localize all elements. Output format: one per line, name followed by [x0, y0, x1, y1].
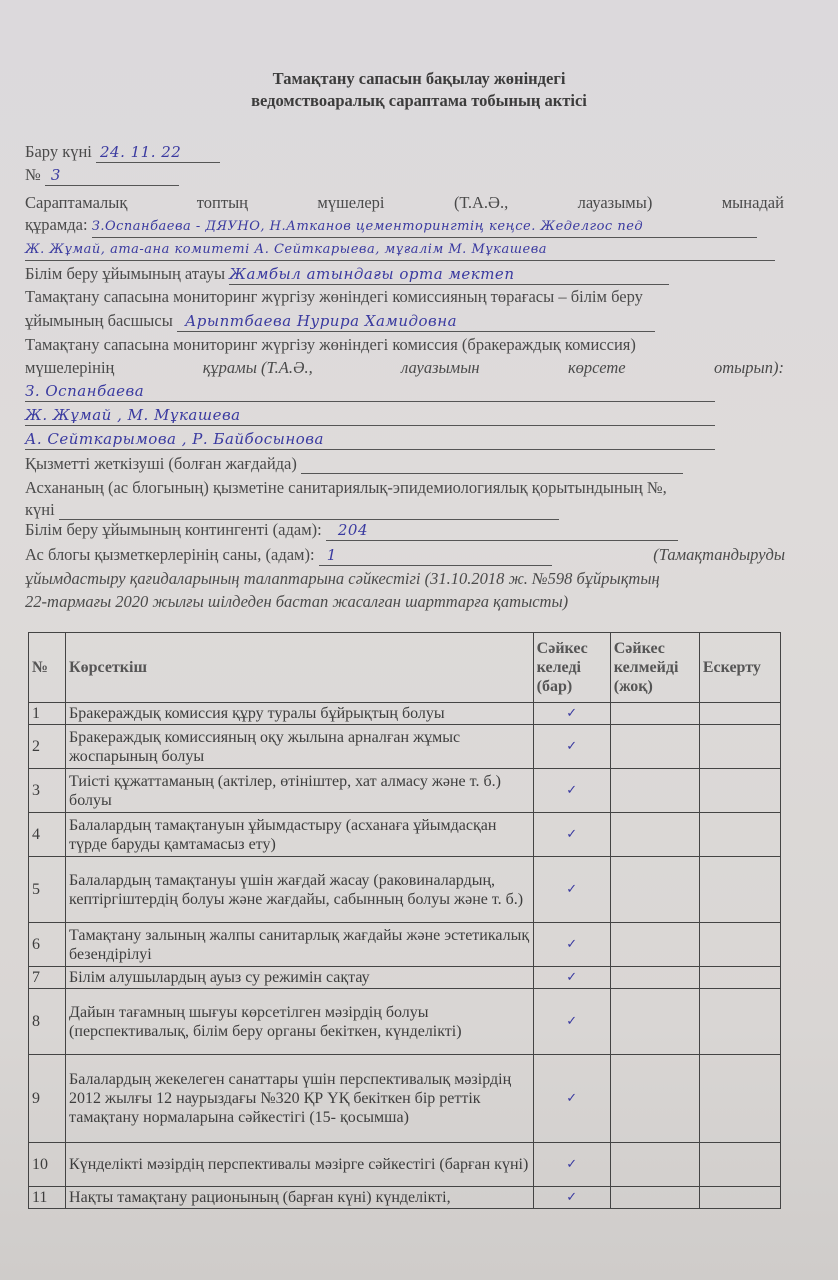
- row-number: 2: [29, 725, 66, 769]
- check-mark-icon: ✓: [566, 1157, 577, 1172]
- compliant-cell[interactable]: ✓: [533, 1187, 610, 1209]
- sanitary-label-line-1: Асхананың (ас блогының) қызметіне санита…: [25, 478, 667, 498]
- note-cell[interactable]: [699, 1143, 780, 1187]
- table-row: 4Балалардың тамақтануын ұйымдастыру (асх…: [29, 813, 781, 857]
- members-label-word: мүшелері: [317, 193, 384, 213]
- supplier-field[interactable]: [301, 455, 683, 474]
- commission-member-row: Ж. Жұмай , М. Мұкашева: [25, 405, 715, 426]
- row-indicator: Нақты тамақтану рационының (барған күні)…: [66, 1187, 534, 1209]
- supplier-row: Қызметті жеткізуші (болған жағдайда): [25, 454, 683, 474]
- number-row: № 3: [25, 165, 179, 186]
- row-number: 7: [29, 967, 66, 989]
- compliant-cell[interactable]: ✓: [533, 1055, 610, 1143]
- members-row-1: құрамда: З.Оспанбаева - ДЯУНО, Н.Атканов…: [25, 215, 757, 238]
- table-row: 7Білім алушылардың ауыз су режимін сақта…: [29, 967, 781, 989]
- commission-member-field[interactable]: Ж. Жұмай , М. Мұкашева: [25, 405, 715, 426]
- table-row: 1Бракераждық комиссия құру туралы бұйрық…: [29, 703, 781, 725]
- compliant-cell[interactable]: ✓: [533, 857, 610, 923]
- commission-label-word: көрсете: [568, 358, 626, 378]
- noncompliant-cell[interactable]: [610, 989, 699, 1055]
- table-row: 2Бракераждық комиссияның оқу жылына арна…: [29, 725, 781, 769]
- visit-date-label: Бару күні: [25, 142, 92, 161]
- table-row: 10Күнделікті мәзірдің перспективалы мәзі…: [29, 1143, 781, 1187]
- org-name-row: Білім беру ұйымының атауы Жамбыл атындағ…: [25, 264, 669, 285]
- compliant-cell[interactable]: ✓: [533, 769, 610, 813]
- chair-label-line-1: Тамақтану сапасына мониторинг жүргізу жө…: [25, 287, 785, 307]
- row-indicator: Дайын тағамның шығуы көрсетілген мәзірді…: [66, 989, 534, 1055]
- table-row: 11Нақты тамақтану рационының (барған күн…: [29, 1187, 781, 1209]
- document-title: Тамақтану сапасын бақылау жөніндегі ведо…: [0, 68, 838, 112]
- note-cell[interactable]: [699, 1055, 780, 1143]
- note-cell[interactable]: [699, 813, 780, 857]
- row-number: 3: [29, 769, 66, 813]
- title-line-2: ведомствоаралық сараптама тобының актісі: [0, 90, 838, 112]
- contingent-field[interactable]: 204: [326, 520, 678, 541]
- row-number: 1: [29, 703, 66, 725]
- commission-label-row: мүшелерінің құрамы (Т.А.Ә., лауазымын кө…: [25, 358, 784, 378]
- table-row: 6Тамақтану залының жалпы санитарлық жағд…: [29, 923, 781, 967]
- noncompliant-cell[interactable]: [610, 923, 699, 967]
- check-mark-icon: ✓: [566, 1190, 577, 1205]
- commission-label-word: лауазымын: [401, 358, 480, 378]
- row-indicator: Балалардың тамақтануын ұйымдастыру (асха…: [66, 813, 534, 857]
- check-mark-icon: ✓: [566, 706, 577, 721]
- members-field-line-2[interactable]: Ж. Жұмай, ата-ана комитеті А. Сейткарыев…: [25, 240, 775, 261]
- inspection-table: № Көрсеткіш Сәйкес келеді (бар) Сәйкес к…: [28, 632, 781, 1209]
- table-body: 1Бракераждық комиссия құру туралы бұйрық…: [29, 703, 781, 1209]
- check-mark-icon: ✓: [566, 1091, 577, 1106]
- sanitary-field[interactable]: [59, 501, 559, 520]
- compliance-note-line-3: 22-тармағы 2020 жылғы шілдеден бастап жа…: [25, 592, 568, 612]
- chair-row: ұйымының басшысы Арыптбаева Нурира Хамид…: [25, 311, 655, 332]
- compliant-cell[interactable]: ✓: [533, 703, 610, 725]
- number-label: №: [25, 165, 41, 184]
- commission-member-row: З. Оспанбаева: [25, 381, 715, 402]
- compliance-note-line-1: (Тамақтандыруды: [653, 545, 785, 565]
- row-number: 11: [29, 1187, 66, 1209]
- org-name-label: Білім беру ұйымының атауы: [25, 264, 225, 283]
- org-name-field[interactable]: Жамбыл атындағы орта мектеп: [229, 264, 669, 285]
- visit-date-field[interactable]: 24. 11. 22: [96, 142, 220, 163]
- noncompliant-cell[interactable]: [610, 769, 699, 813]
- members-row-2: Ж. Жұмай, ата-ана комитеті А. Сейткарыев…: [25, 238, 775, 261]
- commission-label-line-1: Тамақтану сапасына мониторинг жүргізу жө…: [25, 335, 636, 355]
- table-row: 3Тиісті құжаттаманың (актілер, өтініштер…: [29, 769, 781, 813]
- noncompliant-cell[interactable]: [610, 1143, 699, 1187]
- noncompliant-cell[interactable]: [610, 967, 699, 989]
- note-cell[interactable]: [699, 923, 780, 967]
- compliant-cell[interactable]: ✓: [533, 989, 610, 1055]
- compliant-cell[interactable]: ✓: [533, 813, 610, 857]
- compliant-cell[interactable]: ✓: [533, 1143, 610, 1187]
- compliance-note-line-2: ұйымдастыру қағидаларының талаптарына сә…: [25, 569, 660, 589]
- row-indicator: Тамақтану залының жалпы санитарлық жағда…: [66, 923, 534, 967]
- contingent-label: Білім беру ұйымының контингенті (адам):: [25, 520, 322, 539]
- commission-label-word: отырып):: [714, 358, 784, 378]
- noncompliant-cell[interactable]: [610, 1187, 699, 1209]
- members-label-word: (Т.А.Ә.,: [454, 193, 508, 213]
- table-row: 8Дайын тағамның шығуы көрсетілген мәзірд…: [29, 989, 781, 1055]
- note-cell[interactable]: [699, 703, 780, 725]
- check-mark-icon: ✓: [566, 739, 577, 754]
- visit-date-row: Бару күні 24. 11. 22: [25, 142, 220, 163]
- contingent-row: Білім беру ұйымының контингенті (адам): …: [25, 520, 678, 541]
- noncompliant-cell[interactable]: [610, 703, 699, 725]
- row-number: 8: [29, 989, 66, 1055]
- noncompliant-cell[interactable]: [610, 725, 699, 769]
- row-number: 5: [29, 857, 66, 923]
- row-indicator: Бракераждық комиссияның оқу жылына арнал…: [66, 725, 534, 769]
- sanitary-row: күні: [25, 500, 559, 520]
- compliant-cell[interactable]: ✓: [533, 725, 610, 769]
- members-label-cont: құрамда:: [25, 215, 88, 234]
- members-label-word: Сараптамалық: [25, 193, 127, 213]
- staff-row: Ас блогы қызметкерлерінің саны, (адам): …: [25, 545, 785, 566]
- staff-field[interactable]: 1: [319, 545, 552, 566]
- number-field[interactable]: 3: [45, 165, 179, 186]
- row-indicator: Тиісті құжаттаманың (актілер, өтініштер,…: [66, 769, 534, 813]
- members-label-word: мынадай: [722, 193, 784, 213]
- header-compliant: Сәйкес келеді (бар): [533, 633, 610, 703]
- commission-member-row: А. Сейткарымова , Р. Байбосынова: [25, 429, 715, 450]
- commission-member-field[interactable]: А. Сейткарымова , Р. Байбосынова: [25, 429, 715, 450]
- header-number: №: [29, 633, 66, 703]
- note-cell[interactable]: [699, 967, 780, 989]
- members-label-word: лауазымы): [578, 193, 653, 213]
- row-indicator: Күнделікті мәзірдің перспективалы мәзірг…: [66, 1143, 534, 1187]
- check-mark-icon: ✓: [566, 970, 577, 985]
- members-field-line-1[interactable]: З.Оспанбаева - ДЯУНО, Н.Атканов цементор…: [92, 217, 757, 238]
- check-mark-icon: ✓: [566, 1014, 577, 1029]
- note-cell[interactable]: [699, 769, 780, 813]
- sanitary-label-line-2: күні: [25, 500, 55, 519]
- commission-label-word: құрамы (Т.А.Ә.,: [203, 358, 313, 378]
- header-noncompliant: Сәйкес келмейді (жоқ): [610, 633, 699, 703]
- chair-field[interactable]: Арыптбаева Нурира Хамидовна: [177, 311, 655, 332]
- check-mark-icon: ✓: [566, 827, 577, 842]
- table-row: 9Балалардың жекелеген санаттары үшін пер…: [29, 1055, 781, 1143]
- table-row: 5Балалардың тамақтануы үшін жағдай жасау…: [29, 857, 781, 923]
- row-number: 10: [29, 1143, 66, 1187]
- row-indicator: Балалардың жекелеген санаттары үшін перс…: [66, 1055, 534, 1143]
- note-cell[interactable]: [699, 989, 780, 1055]
- supplier-label: Қызметті жеткізуші (болған жағдайда): [25, 454, 297, 473]
- row-indicator: Білім алушылардың ауыз су режимін сақтау: [66, 967, 534, 989]
- row-number: 4: [29, 813, 66, 857]
- row-indicator: Бракераждық комиссия құру туралы бұйрықт…: [66, 703, 534, 725]
- chair-label-line-2: ұйымының басшысы: [25, 311, 173, 330]
- noncompliant-cell[interactable]: [610, 813, 699, 857]
- commission-label-word: мүшелерінің: [25, 358, 114, 378]
- row-number: 9: [29, 1055, 66, 1143]
- title-line-1: Тамақтану сапасын бақылау жөніндегі: [0, 68, 838, 90]
- row-indicator: Балалардың тамақтануы үшін жағдай жасау …: [66, 857, 534, 923]
- check-mark-icon: ✓: [566, 882, 577, 897]
- check-mark-icon: ✓: [566, 937, 577, 952]
- header-indicator: Көрсеткіш: [66, 633, 534, 703]
- noncompliant-cell[interactable]: [610, 1055, 699, 1143]
- note-cell[interactable]: [699, 1187, 780, 1209]
- document-page: Тамақтану сапасын бақылау жөніндегі ведо…: [0, 0, 838, 1280]
- commission-member-field[interactable]: З. Оспанбаева: [25, 381, 715, 402]
- header-note: Ескерту: [699, 633, 780, 703]
- row-number: 6: [29, 923, 66, 967]
- staff-label: Ас блогы қызметкерлерінің саны, (адам):: [25, 545, 315, 564]
- note-cell[interactable]: [699, 857, 780, 923]
- compliant-cell[interactable]: ✓: [533, 923, 610, 967]
- note-cell[interactable]: [699, 725, 780, 769]
- check-mark-icon: ✓: [566, 783, 577, 798]
- members-label-word: топтың: [197, 193, 248, 213]
- members-label-row: Сараптамалық топтың мүшелері (Т.А.Ә., ла…: [25, 193, 784, 213]
- compliant-cell[interactable]: ✓: [533, 967, 610, 989]
- table-header-row: № Көрсеткіш Сәйкес келеді (бар) Сәйкес к…: [29, 633, 781, 703]
- noncompliant-cell[interactable]: [610, 857, 699, 923]
